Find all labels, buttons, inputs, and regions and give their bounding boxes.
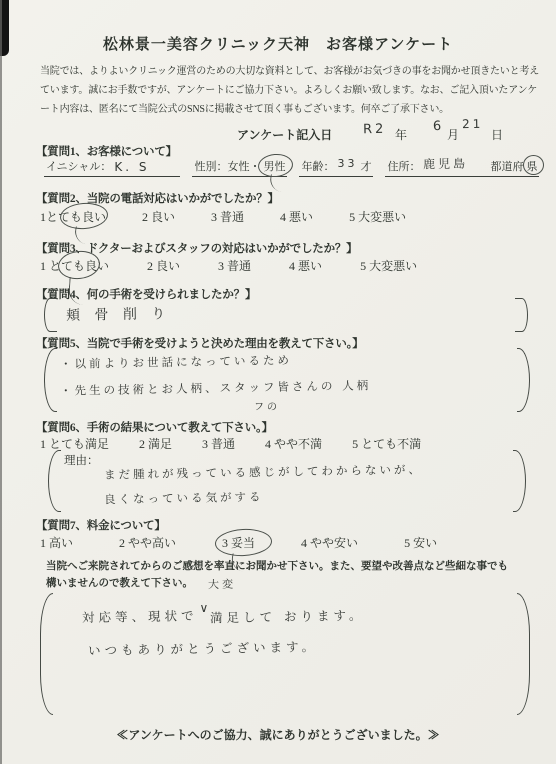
q4-close-paren — [515, 298, 528, 332]
feedback-answer-line-2-handwritten: いつもありがとうございます。 — [88, 637, 318, 659]
q2-option-3: 3 普通 — [211, 208, 244, 225]
q2-option-4: 4 悪い — [280, 208, 313, 225]
q6-close-paren — [513, 450, 526, 512]
feedback-prompt: 当院へご来院されてからのご感想を率直にお聞かせ下さい。また、要望や改善点など些細… — [46, 558, 536, 592]
initial-value-handwritten: K. S — [114, 160, 149, 174]
feedback-answer-line-1: 対応等、現状で∨満足して おります。 — [82, 607, 366, 626]
q6-reason-box: 理由： まだ腫れが残っている感じがしてわからないが、 良くなっている気がする — [48, 450, 526, 512]
q3-option-3: 3 普通 — [218, 257, 251, 274]
age-field: 年齢： 33 才 — [299, 158, 373, 177]
date-label: アンケート記入日 — [237, 126, 332, 143]
q6-reason-line-2-handwritten: 良くなっている気がする — [104, 489, 264, 508]
q3-heading: 【質問3、ドクターおよびスタッフの対応はいかがでしたか？】 — [36, 240, 358, 256]
q3-option-4: 4 悪い — [289, 257, 322, 274]
page-title: 松林景一美容クリニック天神 お客様アンケート — [0, 33, 556, 54]
feedback-insertion-handwritten: 大変 — [208, 576, 236, 592]
q4-open-paren — [44, 298, 57, 332]
q6-heading: 【質問6、手術の結果について教えて下さい。】 — [36, 419, 273, 435]
address-circled-unit: 県 — [526, 158, 537, 174]
q6-reason-line-1-handwritten: まだ腫れが残っている感じがしてわからないが、 — [104, 461, 423, 483]
q2-option-5: 5 大変悪い — [349, 208, 406, 225]
q6-reason-label: 理由： — [64, 452, 99, 468]
date-line: アンケート記入日 R2 年 6 月 21 日 — [237, 126, 537, 148]
q7-options: 1 高い 2 やや高い 3 妥当 4 やや安い 5 安い — [40, 534, 437, 551]
feedback-close-paren — [517, 593, 530, 715]
q3-option-2: 2 良い — [147, 257, 180, 274]
date-month-unit: 月 — [447, 126, 459, 143]
q6-open-paren — [48, 450, 61, 512]
q5-answer-line-1-handwritten: ・以前よりお世話になっているため — [60, 352, 292, 372]
feedback-prompt-line-2: 構いませんので教えて下さい。 — [46, 578, 193, 589]
age-label: 年齢： — [301, 158, 334, 174]
q7-option-3: 3 妥当 — [222, 534, 255, 551]
q7-option-5: 5 安い — [404, 534, 437, 551]
q4-answer-handwritten: 頬 骨 削 り — [66, 303, 171, 325]
initial-field: イニシャル： K. S — [44, 158, 180, 177]
gender-label: 性別：女性・ — [194, 158, 260, 174]
q2-option-1: 1とても良い — [40, 208, 106, 225]
feedback-open-paren — [40, 593, 53, 715]
q7-option-4: 4 やや安い — [301, 534, 358, 551]
q2-heading: 【質問2、当院の電話対応はいかがでしたか？】 — [36, 190, 279, 206]
q2-options: 1とても良い 2 良い 3 普通 4 悪い 5 大変悪い — [40, 208, 406, 225]
gender-selected: 男性 — [263, 158, 285, 174]
q1-fields: イニシャル： K. S 性別：女性・ 男性 年齢： 33 才 住所： 鹿児島 都… — [44, 157, 539, 177]
intro-line-1: 当院では、よりよいクリニック運営のための大切な資料として、お客様がお気づきの事を… — [40, 62, 532, 81]
feedback-answer-box: 大変 対応等、現状で∨満足して おります。 いつもありがとうございます。 — [40, 593, 530, 715]
address-field: 住所： 鹿児島 都道府 県 — [385, 157, 539, 177]
q5-answer-line-2-handwritten: ・先生の技術とお人柄、スタッフ皆さんの 人柄 — [60, 377, 371, 398]
gender-field: 性別：女性・ 男性 — [192, 158, 287, 177]
address-label: 住所： — [387, 158, 420, 174]
q3-options: 1 とても良い 2 良い 3 普通 4 悪い 5 大変悪い — [40, 257, 417, 274]
q5-open-paren — [44, 348, 57, 412]
q7-option-1: 1 高い — [40, 534, 73, 551]
q2-option-2: 2 良い — [142, 208, 175, 225]
insertion-caret-icon: ∨ — [200, 601, 209, 615]
date-year-unit: 年 — [395, 126, 407, 143]
date-day-value-handwritten: 21 — [462, 117, 484, 131]
intro-line-3: ート内容は、匿名にて当院公式のSNSに掲載させて頂く事もございます。何卒ご了承下… — [40, 100, 532, 119]
scan-artifact-edge — [0, 0, 2, 764]
date-day-unit: 日 — [491, 126, 503, 143]
q3-option-5: 5 大変悪い — [360, 257, 417, 274]
intro-line-2: ています。誠にお手数ですが、アンケートにご協力下さい。よろしくお願い致します。な… — [40, 81, 532, 100]
q7-option-2: 2 やや高い — [119, 534, 176, 551]
q5-insertion-handwritten: フの — [254, 398, 280, 413]
q5-answer-box: ・以前よりお世話になっているため ・先生の技術とお人柄、スタッフ皆さんの 人柄 … — [44, 348, 530, 412]
age-value-handwritten: 33 — [337, 157, 357, 170]
q3-option-1: 1 とても良い — [40, 257, 109, 274]
intro-paragraph: 当院では、よりよいクリニック運営のための大切な資料として、お客様がお気づきの事を… — [40, 62, 532, 119]
footer-thanks: ≪アンケートへのご協力、誠にありがとうございました。≫ — [0, 726, 556, 743]
date-month-value-handwritten: 6 — [433, 119, 445, 134]
age-unit: 才 — [360, 158, 371, 174]
address-value-handwritten: 鹿児島 — [423, 155, 468, 173]
feedback-prompt-line-1: 当院へご来院されてからのご感想を率直にお聞かせ下さい。また、要望や改善点など些細… — [46, 558, 536, 575]
address-suffix: 都道府 — [490, 158, 523, 174]
q5-close-paren — [517, 348, 530, 412]
q7-heading: 【質問7、料金について】 — [36, 517, 166, 533]
q4-answer-box: 頬 骨 削 り — [44, 298, 528, 332]
initial-label: イニシャル： — [46, 158, 111, 174]
date-year-value-handwritten: R2 — [363, 122, 387, 137]
scanned-survey-page: 松林景一美容クリニック天神 お客様アンケート 当院では、よりよいクリニック運営の… — [0, 0, 556, 764]
